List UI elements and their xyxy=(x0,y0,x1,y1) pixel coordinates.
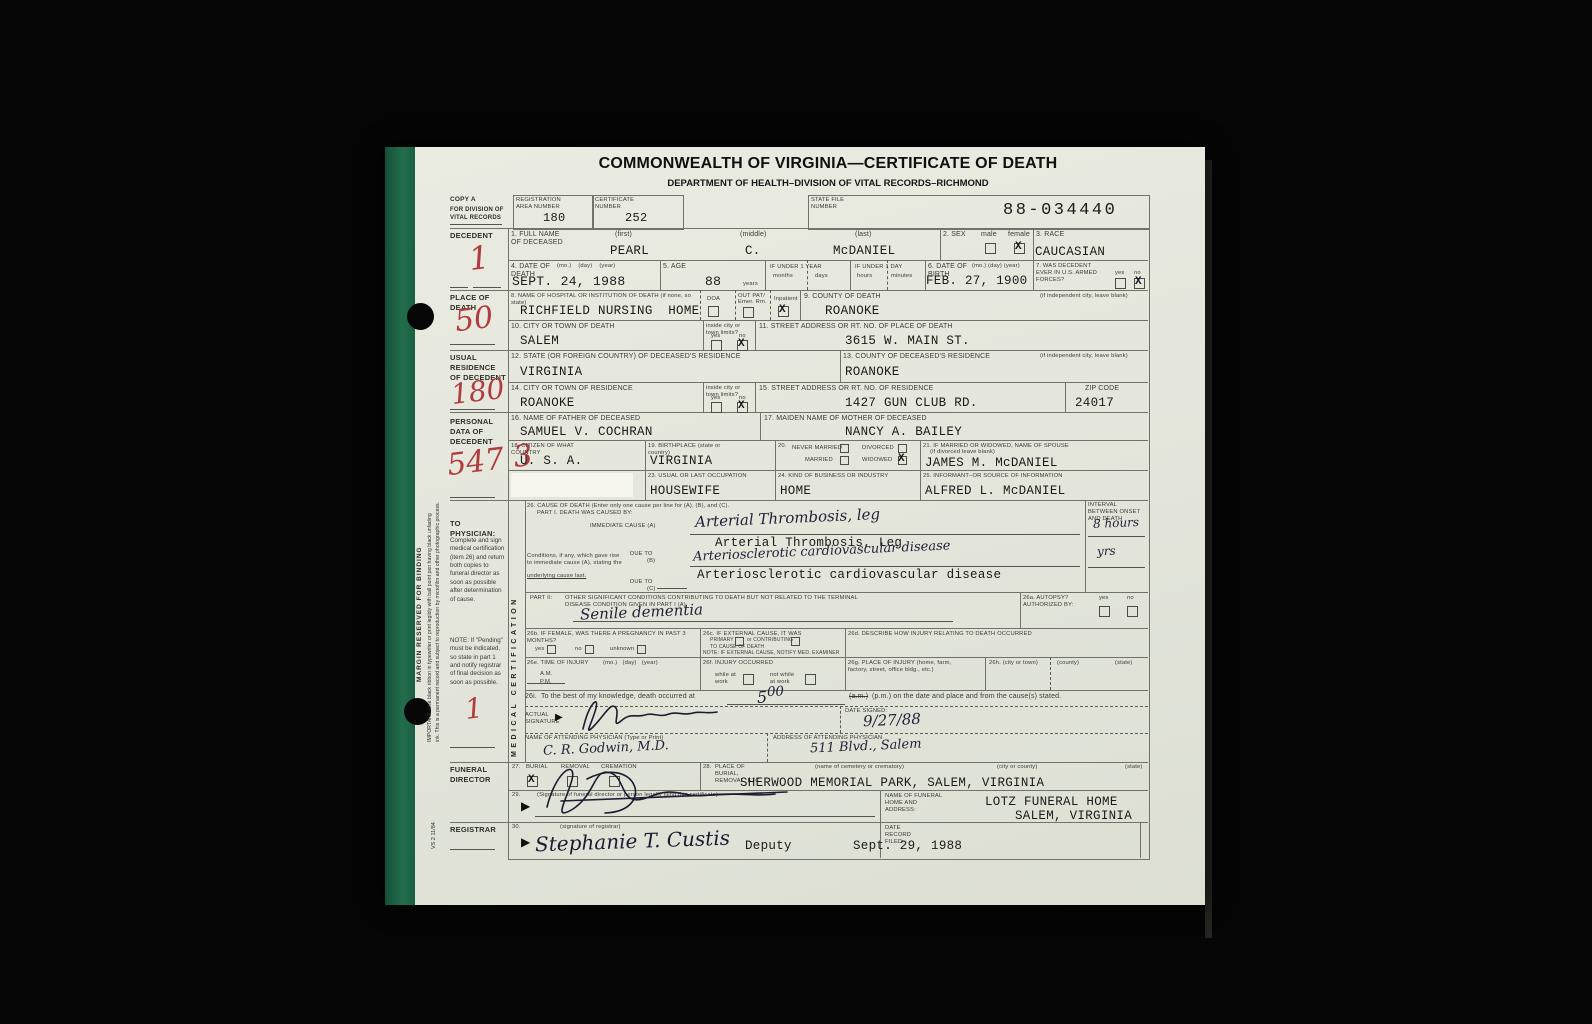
physician-signature xyxy=(573,693,723,737)
doa-label: DOA xyxy=(707,296,720,303)
limits-res-yes-label: yes xyxy=(711,395,720,402)
sidebar-pending-note: NOTE: If "Pending" must be indicated, so… xyxy=(450,637,506,687)
rule xyxy=(450,287,468,288)
last-hint: (last) xyxy=(855,231,871,239)
pregnancy-unknown-label: unknown xyxy=(610,646,634,653)
while-at-work-label: while at work xyxy=(715,672,743,686)
rule xyxy=(450,344,495,345)
middle-name-value: C. xyxy=(745,244,761,258)
deputy-label: Deputy xyxy=(745,839,792,853)
married-label: MARRIED xyxy=(805,457,833,464)
sex-female-label: female xyxy=(1008,231,1030,239)
rule xyxy=(508,320,1148,321)
sex-male-checkbox xyxy=(985,243,996,254)
rule xyxy=(755,382,756,412)
death-certificate-sheet: MARGIN RESERVED FOR BINDING IMPORTANT: U… xyxy=(385,147,1205,905)
due-to-c-label: DUE TO xyxy=(630,579,653,586)
county-hint: (county) xyxy=(1057,660,1079,667)
registration-area-label: REGISTRATION AREA NUMBER xyxy=(516,197,571,211)
am-label: A.M. xyxy=(540,671,553,678)
field-30-label: 30. xyxy=(512,824,521,831)
interval-a-handwritten: 8 hours xyxy=(1093,515,1140,531)
field-23-label: 23. USUAL OR LAST OCCUPATION xyxy=(648,473,747,480)
rule xyxy=(450,500,1148,501)
business-value: HOME xyxy=(780,484,811,498)
forces-yes-label: yes xyxy=(1115,270,1124,277)
time-line xyxy=(727,704,845,705)
state-file-value: 88-034440 xyxy=(1003,201,1117,220)
rule xyxy=(1050,657,1051,690)
birthplace-value: VIRGINIA xyxy=(650,454,712,468)
c-label: (C) xyxy=(647,586,656,593)
autopsy-no-checkbox xyxy=(1127,606,1138,617)
field-9-hint: (if independent city, leave blank) xyxy=(1040,293,1128,300)
field-26f-label: 26f. INJURY OCCURRED xyxy=(703,660,773,667)
never-married-checkbox xyxy=(840,444,849,453)
external-cause-note: NOTE: IF EXTERNAL CAUSE, NOTIFY MED. EXA… xyxy=(703,651,840,657)
rule xyxy=(920,440,921,500)
interval-b-line xyxy=(1088,567,1145,568)
field-6-hint: (mo.) (day) (year) xyxy=(972,263,1020,270)
copy-for-label: FOR DIVISION OF VITAL RECORDS xyxy=(450,207,506,223)
first-name-value: PEARL xyxy=(610,244,649,258)
divorced-checkbox xyxy=(898,444,907,453)
due-to-b-label: DUE TO xyxy=(630,551,653,558)
conditions-note-underlined: underlying cause last. xyxy=(527,573,586,580)
rule xyxy=(450,350,1148,351)
field-17-label: 17. MAIDEN NAME OF MOTHER OF DECEASED xyxy=(764,415,927,423)
conditions-note: Conditions, if any, which gave rise to i… xyxy=(527,553,623,567)
rule xyxy=(1020,592,1021,628)
pregnancy-unknown-checkbox xyxy=(637,645,646,654)
county-of-death-value: ROANOKE xyxy=(825,304,880,318)
rule xyxy=(703,382,704,412)
rule xyxy=(1065,382,1066,412)
medical-certification-label: MEDICAL CERTIFICATION xyxy=(511,507,518,757)
sidebar-registrar: REGISTRAR xyxy=(450,825,506,835)
rule xyxy=(700,628,701,690)
rule xyxy=(755,320,756,350)
rule xyxy=(660,260,661,290)
last-name-value: McDANIEL xyxy=(833,244,895,258)
place-street-value: 3615 W. MAIN ST. xyxy=(845,334,970,348)
inpatient-mark: X xyxy=(779,304,786,316)
age-value: 88 xyxy=(705,274,721,289)
interval-a-line xyxy=(1088,536,1145,537)
field-13-hint: (if independent city, leave blank) xyxy=(1040,353,1128,360)
field-24-label: 24. KIND OF BUSINESS OR INDUSTRY xyxy=(778,473,888,480)
date-record-filed-value: Sept. 29, 1988 xyxy=(853,839,962,853)
widowed-label: WIDOWED xyxy=(862,457,892,464)
field-15-label: 15. STREET ADDRESS OR RT. NO. OF RESIDEN… xyxy=(759,385,933,393)
rule xyxy=(645,440,646,500)
interval-b-handwritten: yrs xyxy=(1097,544,1116,559)
time-of-injury-line xyxy=(527,683,565,684)
rule xyxy=(508,470,1148,471)
registrar-signature-arrow-icon: ▶ xyxy=(521,835,530,849)
contributing-label: or CONTRIBUTING xyxy=(747,638,793,644)
rule xyxy=(450,224,502,225)
divorced-label: DIVORCED xyxy=(862,445,894,452)
funeral-home-city: SALEM, VIRGINIA xyxy=(1015,809,1132,823)
date-of-death-value: SEPT. 24, 1988 xyxy=(512,274,625,289)
sex-male-label: male xyxy=(981,231,997,239)
funeral-home-label: NAME OF FUNERAL HOME AND ADDRESS: xyxy=(885,793,943,814)
pregnancy-no-checkbox xyxy=(585,645,594,654)
widowed-mark: X xyxy=(898,453,905,465)
rule xyxy=(735,290,736,320)
rule xyxy=(840,350,841,382)
married-checkbox xyxy=(840,456,849,465)
field-26e-label: 26e. TIME OF INJURY xyxy=(527,660,589,667)
race-value: CAUCASIAN xyxy=(1035,245,1105,259)
rule xyxy=(1033,228,1034,290)
field-27-label: 27. xyxy=(512,764,521,771)
margin-important-note-line2: ink. This is a permanent record and subj… xyxy=(435,312,441,742)
autopsy-yes-label: yes xyxy=(1099,595,1108,602)
rule xyxy=(450,228,1148,229)
state-file-label: STATE FILE NUMBER xyxy=(811,197,851,211)
residence-county-value: ROANOKE xyxy=(845,365,900,379)
field-20-label: 20. xyxy=(778,443,787,450)
sidebar-physician-instructions: Complete and sign medical certification … xyxy=(450,537,506,604)
rule xyxy=(525,628,1148,629)
red-mark-place: 50 xyxy=(453,300,495,339)
sidebar-to-physician: TO PHYSICIAN: xyxy=(450,519,506,539)
field-4-hint: (mo.) (day) (year) xyxy=(557,263,615,270)
part2-label: PART II: xyxy=(530,595,552,602)
field-7-label: 7. WAS DECEDENT EVER IN U.S. ARMED FORCE… xyxy=(1036,263,1108,284)
days-label: days xyxy=(815,273,828,280)
rule xyxy=(508,440,1148,441)
forces-yes-checkbox xyxy=(1115,278,1126,289)
time-of-death-handwritten: 500 xyxy=(757,684,785,706)
zip-value: 24017 xyxy=(1075,396,1114,410)
while-at-work-checkbox xyxy=(743,674,754,685)
rule xyxy=(450,409,495,410)
rule xyxy=(985,657,986,690)
first-hint: (first) xyxy=(615,231,632,239)
primary-label: PRIMARY xyxy=(710,638,734,644)
rule xyxy=(450,849,495,850)
red-mark-note: 1 xyxy=(463,691,485,726)
months-label: months xyxy=(773,273,793,280)
emer-rm-label: Emer. Rm. xyxy=(738,299,767,306)
pm-option-text: (p.m.) on the date and place and from th… xyxy=(872,693,1061,701)
funeral-director-signature xyxy=(525,757,825,821)
age-years-label: years xyxy=(743,281,758,288)
cause-b-typed: Arteriosclerotic cardiovascular disease xyxy=(697,568,1001,582)
city-of-death-value: SALEM xyxy=(520,334,559,348)
limits-death-yes-checkbox xyxy=(711,340,722,351)
immediate-cause-label: IMMEDIATE CAUSE (A) xyxy=(590,523,656,530)
limits-res-no-mark: X xyxy=(738,400,745,412)
limits-yes-label: yes xyxy=(711,333,720,340)
margin-binding-note: MARGIN RESERVED FOR BINDING xyxy=(416,372,423,682)
inpatient-label: Inpatient xyxy=(774,296,798,303)
field-26i-label: 26i. xyxy=(525,693,537,701)
field-14-label: 14. CITY OR TOWN OF RESIDENCE xyxy=(511,385,633,393)
burial-state-hint: (state) xyxy=(1125,764,1142,771)
field-1-label: 1. FULL NAME OF DECEASED xyxy=(511,231,571,247)
rule xyxy=(508,260,1148,261)
doa-checkbox xyxy=(708,306,719,317)
rule xyxy=(450,497,495,498)
field-9-label: 9. COUNTY OF DEATH xyxy=(804,293,881,301)
certificate-subtitle: DEPARTMENT OF HEALTH–DIVISION OF VITAL R… xyxy=(508,178,1148,189)
pregnancy-yes-label: yes xyxy=(535,646,544,653)
field-5-label: 5. AGE xyxy=(663,263,686,271)
pregnancy-yes-checkbox xyxy=(547,645,556,654)
rule xyxy=(775,440,776,500)
signature-arrow-icon: ▶ xyxy=(555,712,563,723)
under-1-day-label: IF UNDER 1 DAY xyxy=(855,264,902,271)
hospital-value: RICHFIELD NURSING HOME xyxy=(520,304,699,318)
rule xyxy=(940,228,941,260)
certificate-title: COMMONWEALTH OF VIRGINIA—CERTIFICATE OF … xyxy=(508,155,1148,173)
cause-c-line xyxy=(657,588,687,589)
field-26g-label: 26g. PLACE OF INJURY (home, farm, factor… xyxy=(848,660,968,674)
form-number: VS 2 11/84 xyxy=(431,785,437,849)
rule xyxy=(770,290,771,320)
rule xyxy=(850,260,851,290)
field-21-hint: (if divorced leave blank) xyxy=(930,449,995,456)
contributing-checkbox xyxy=(791,637,800,646)
photo-of-death-certificate: { "colors": {"paper":"#e5e7dc","binding_… xyxy=(0,0,1592,1024)
rule xyxy=(1085,500,1086,592)
middle-hint: (middle) xyxy=(740,231,766,239)
forces-no-mark: X xyxy=(1135,276,1142,288)
red-mark-decedent: 1 xyxy=(467,238,492,278)
outpatient-checkbox xyxy=(743,307,754,318)
date-of-birth-value: FEB. 27, 1900 xyxy=(926,274,1027,288)
certificate-number-label: CERTIFICATE NUMBER xyxy=(595,197,645,211)
time-minutes: 00 xyxy=(767,684,785,700)
mother-name-value: NANCY A. BAILEY xyxy=(845,425,962,439)
margin-important-note-line1: IMPORTANT: Use black ribbon in typewrite… xyxy=(427,312,433,742)
rule xyxy=(703,320,704,350)
rule xyxy=(800,290,801,320)
field-26b-label: 26b. IF FEMALE, WAS THERE A PREGNANCY IN… xyxy=(527,631,687,645)
part2-line xyxy=(573,621,953,622)
field-25-label: 25. INFORMANT–OR SOURCE OF INFORMATION xyxy=(923,473,1063,480)
rule xyxy=(840,706,841,733)
redacted-field-22 xyxy=(511,473,633,497)
rule xyxy=(525,657,1148,658)
hours-label: hours xyxy=(857,273,872,280)
registration-area-value: 180 xyxy=(543,211,566,225)
father-name-value: SAMUEL V. COCHRAN xyxy=(520,425,653,439)
residence-state-value: VIRGINIA xyxy=(520,365,582,379)
rule xyxy=(765,260,766,290)
sidebar-funeral-director: FUNERAL DIRECTOR xyxy=(450,765,506,785)
autopsy-yes-checkbox xyxy=(1099,606,1110,617)
field-3-label: 3. RACE xyxy=(1036,231,1064,239)
never-married-label: NEVER MARRIED xyxy=(792,445,842,452)
authorized-by-label: AUTHORIZED BY: xyxy=(1023,602,1073,609)
limits-death-no-mark: X xyxy=(738,338,745,350)
rule xyxy=(525,690,1148,691)
field-16-label: 16. NAME OF FATHER OF DECEASED xyxy=(511,415,640,423)
field-11-label: 11. STREET ADDRESS OR RT. NO. OF PLACE O… xyxy=(759,323,953,331)
rule xyxy=(700,290,701,320)
field-12-label: 12. STATE (OR FOREIGN COUNTRY) OF DECEAS… xyxy=(511,353,741,361)
rule xyxy=(473,287,501,288)
residence-street-value: 1427 GUN CLUB RD. xyxy=(845,396,978,410)
field-26a-label: 26a. AUTOPSY? xyxy=(1023,595,1068,602)
rule xyxy=(760,412,761,440)
field-26h-label: 26h. (city or town) xyxy=(989,660,1038,667)
field-29-label: 29. xyxy=(512,792,521,799)
certificate-number-value: 252 xyxy=(625,211,648,225)
rule xyxy=(1140,822,1141,858)
citizen-value: U. S. A. xyxy=(520,454,582,468)
actual-label: ACTUAL xyxy=(525,712,549,719)
red-mark-residence: 180 xyxy=(449,372,506,411)
rule xyxy=(508,382,1148,383)
cause-a-line xyxy=(690,534,1080,535)
field-26e-hint: (mo.) (day) (year) xyxy=(603,660,658,667)
field-13-label: 13. COUNTY OF DECEASED'S RESIDENCE xyxy=(843,353,990,361)
field-10-label: 10. CITY OR TOWN OF DEATH xyxy=(511,323,615,331)
rule xyxy=(450,412,1148,413)
spouse-value: JAMES M. McDANIEL xyxy=(925,456,1058,470)
cause-b-line xyxy=(690,566,1080,567)
occupation-value: HOUSEWIFE xyxy=(650,484,720,498)
funeral-home-name: LOTZ FUNERAL HOME xyxy=(985,795,1118,809)
rule xyxy=(525,592,1148,593)
state-hint: (state) xyxy=(1115,660,1132,667)
page-edge-behind xyxy=(1205,160,1212,938)
informant-value: ALFRED L. McDANIEL xyxy=(925,484,1065,498)
part2-text1: OTHER SIGNIFICANT CONDITIONS CONTRIBUTIN… xyxy=(565,595,858,602)
part1-label: PART I. DEATH WAS CAUSED BY: xyxy=(537,510,633,517)
sex-female-mark: X xyxy=(1015,241,1022,253)
zip-label: ZIP CODE xyxy=(1085,385,1119,393)
burial-city-hint: (city or county) xyxy=(997,764,1037,771)
binding-strip xyxy=(385,147,415,905)
rule xyxy=(845,628,846,690)
residence-city-value: ROANOKE xyxy=(520,396,575,410)
minutes-label: minutes xyxy=(891,273,912,280)
under-1-year-label: IF UNDER 1 YEAR xyxy=(770,264,822,271)
cemetery-hint: (name of cemetery or crematory) xyxy=(815,764,904,771)
copy-label: COPY A xyxy=(450,196,506,204)
pregnancy-no-label: no xyxy=(575,646,582,653)
not-while-at-work-checkbox xyxy=(805,674,816,685)
rule xyxy=(450,747,495,748)
am-option-struck: (a.m.) xyxy=(849,693,868,701)
date-signed-value: 9/27/88 xyxy=(863,710,922,731)
field-26d-label: 26d. DESCRIBE HOW INJURY RELATING TO DEA… xyxy=(848,631,1138,638)
limits-res-yes-checkbox xyxy=(711,402,722,413)
autopsy-no-label: no xyxy=(1127,595,1134,602)
rule xyxy=(450,290,1148,291)
b-label: (B) xyxy=(647,558,655,565)
field-2-label: 2. SEX xyxy=(943,231,966,239)
